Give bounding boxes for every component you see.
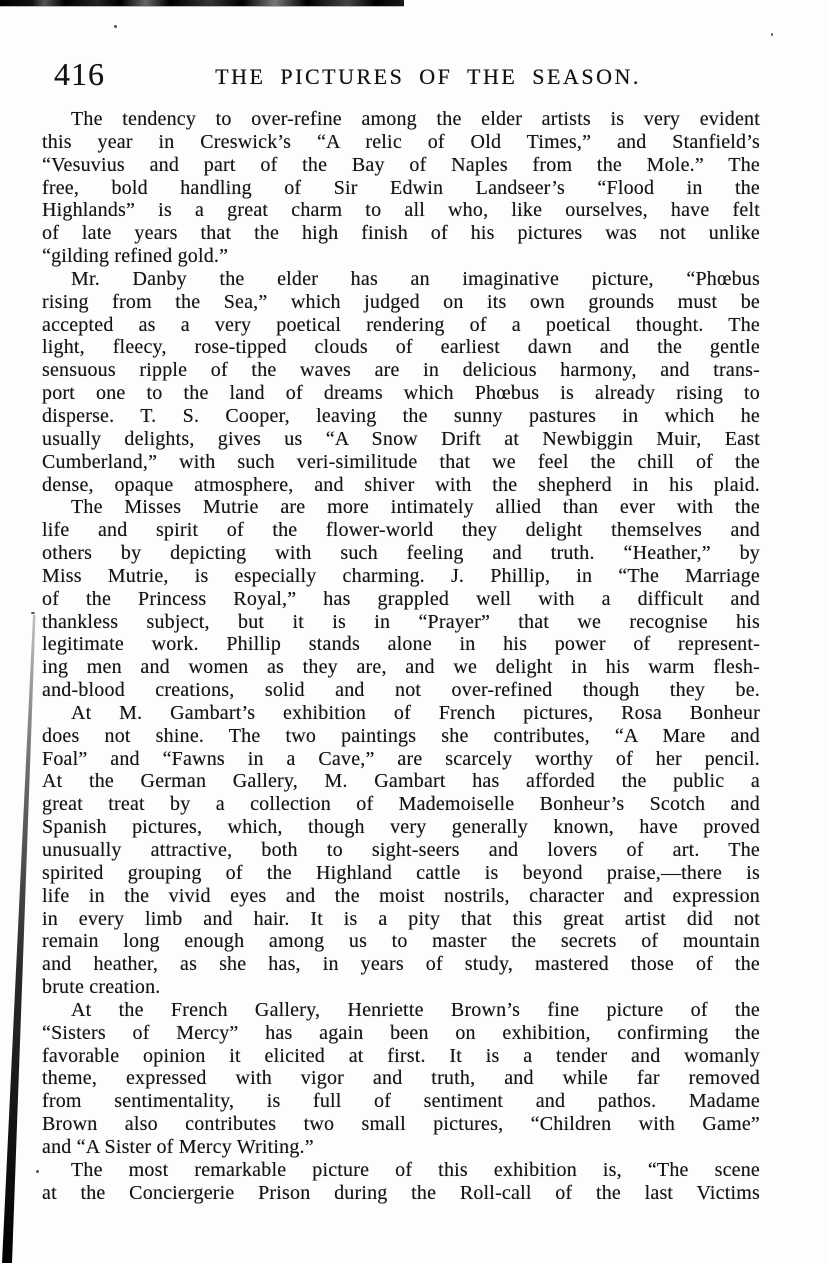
scanned-page: 416 THE PICTURES OF THE SEASON. The tend…: [0, 0, 828, 1263]
text-line: accepted as a very poetical rendering of…: [42, 314, 760, 337]
text-line: and-blood creations, solid and not over-…: [42, 679, 760, 702]
text-line: spirited grouping of the Highland cattle…: [42, 862, 760, 885]
paragraph: At M. Gambart’s exhibition of French pic…: [42, 702, 760, 999]
text-line: Foal” and “Fawns in a Cave,” are scarcel…: [42, 748, 760, 771]
text-line: favorable opinion it elicited at first. …: [42, 1045, 760, 1068]
text-line: life and spirit of the flower-world they…: [42, 519, 760, 542]
text-line: At M. Gambart’s exhibition of French pic…: [42, 702, 760, 725]
text-line: from sentimentality, is full of sentimen…: [42, 1090, 760, 1113]
text-line: rising from the Sea,” which judged on it…: [42, 291, 760, 314]
text-line: ing men and women as they are, and we de…: [42, 656, 760, 679]
text-line: Spanish pictures, which, though very gen…: [42, 816, 760, 839]
text-line: “gilding refined gold.”: [42, 245, 760, 268]
text-line: unusually attractive, both to sight-seer…: [42, 839, 760, 862]
text-line: Cumberland,” with such veri-similitude t…: [42, 451, 760, 474]
text-line: and “A Sister of Mercy Writing.”: [42, 1136, 760, 1159]
text-line: thankless subject, but it is in “Prayer”…: [42, 611, 760, 634]
text-line: At the French Gallery, Henriette Brown’s…: [42, 999, 760, 1022]
text-line: theme, expressed with vigor and truth, a…: [42, 1067, 760, 1090]
text-line: remain long enough among us to master th…: [42, 930, 760, 953]
text-line: does not shine. The two paintings she co…: [42, 725, 760, 748]
paragraph: At the French Gallery, Henriette Brown’s…: [42, 999, 760, 1159]
text-line: “Sisters of Mercy” has again been on exh…: [42, 1022, 760, 1045]
text-line: free, bold handling of Sir Edwin Landsee…: [42, 177, 760, 200]
paragraph: The Misses Mutrie are more intimately al…: [42, 496, 760, 702]
scan-speck: [771, 33, 773, 36]
paragraph: The most remarkable picture of this exhi…: [42, 1159, 760, 1205]
text-line: in every limb and hair. It is a pity tha…: [42, 908, 760, 931]
running-title: THE PICTURES OF THE SEASON.: [0, 64, 828, 90]
scan-speck: [114, 25, 117, 28]
text-line: great treat by a collection of Mademoise…: [42, 793, 760, 816]
text-line: life in the vivid eyes and the moist nos…: [42, 885, 760, 908]
text-line: Brown also contributes two small picture…: [42, 1113, 760, 1136]
text-line: Mr. Danby the elder has an imaginative p…: [42, 268, 760, 291]
text-line: The most remarkable picture of this exhi…: [42, 1159, 760, 1182]
text-line: and heather, as she has, in years of stu…: [42, 953, 760, 976]
text-line: of late years that the high finish of hi…: [42, 222, 760, 245]
text-line: others by depicting with such feeling an…: [42, 542, 760, 565]
scan-artifact-gutter-line: [0, 615, 44, 1263]
text-line: at the Conciergerie Prison during the Ro…: [42, 1182, 760, 1205]
text-line: “Vesuvius and part of the Bay of Naples …: [42, 154, 760, 177]
text-line: brute creation.: [42, 976, 760, 999]
text-line: light, fleecy, rose-tipped clouds of ear…: [42, 336, 760, 359]
text-line: usually delights, gives us “A Snow Drift…: [42, 428, 760, 451]
text-line: The Misses Mutrie are more intimately al…: [42, 496, 760, 519]
paragraph: Mr. Danby the elder has an imaginative p…: [42, 268, 760, 496]
text-line: disperse. T. S. Cooper, leaving the sunn…: [42, 405, 760, 428]
text-line: of the Princess Royal,” has grappled wel…: [42, 588, 760, 611]
text-line: this year in Creswick’s “A relic of Old …: [42, 131, 760, 154]
scan-artifact-top-bar: [0, 0, 404, 7]
text-line: sensuous ripple of the waves are in deli…: [42, 359, 760, 382]
text-line: Highlands” is a great charm to all who, …: [42, 199, 760, 222]
text-line: Miss Mutrie, is especially charming. J. …: [42, 565, 760, 588]
text-line: The tendency to over-refine among the el…: [42, 108, 760, 131]
text-line: At the German Gallery, M. Gambart has af…: [42, 770, 760, 793]
scan-speck: [36, 1170, 39, 1173]
article-body: The tendency to over-refine among the el…: [42, 108, 760, 1205]
text-line: port one to the land of dreams which Phœ…: [42, 382, 760, 405]
paragraph: The tendency to over-refine among the el…: [42, 108, 760, 268]
text-line: dense, opaque atmosphere, and shiver wit…: [42, 474, 760, 497]
scan-speck: [31, 612, 35, 614]
text-line: legitimate work. Phillip stands alone in…: [42, 633, 760, 656]
